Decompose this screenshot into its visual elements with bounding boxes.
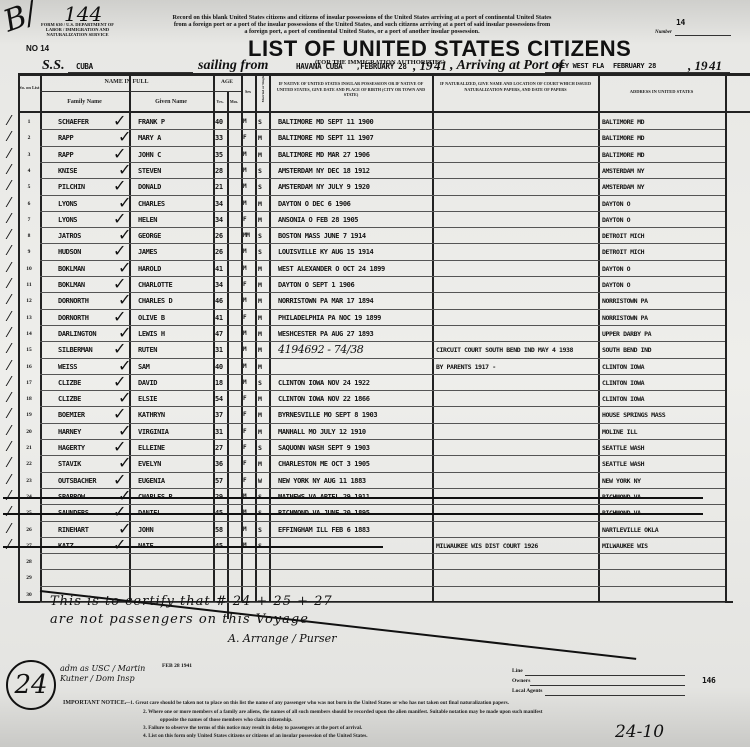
given-name: JAMES [138, 248, 157, 256]
family-name: KNISE [58, 167, 77, 175]
family-name: SILBERMAN [58, 346, 92, 354]
birth-place-date: DAYTON O DEC 6 1906 [278, 200, 350, 208]
age-years: 21 [215, 183, 223, 191]
age-years: 34 [215, 200, 223, 208]
birth-place-date: BALTIMORE MD MAR 27 1906 [278, 151, 370, 159]
family-name: RINEHART [58, 526, 89, 534]
age-years: 26 [215, 248, 223, 256]
sex: M [243, 379, 246, 386]
header-mos: Mos. [227, 99, 241, 104]
from-port: HAVANA CUBA [296, 62, 342, 71]
row-rule [40, 243, 725, 244]
stamp-date: FEB 28 1941 [162, 663, 192, 669]
us-address: MOLINE ILL [602, 428, 637, 436]
row-rule [40, 276, 725, 277]
given-name: KATHRYN [138, 411, 165, 419]
sex: M [243, 526, 246, 533]
header-sex: Sex [241, 89, 255, 94]
margin-tick-icon: ⁄ [8, 473, 10, 488]
row-rule [40, 358, 725, 359]
us-address: UPPER DARBY PA [602, 330, 651, 338]
line-underline [525, 675, 685, 676]
marital-status: M [258, 346, 262, 354]
row-rule [40, 504, 725, 505]
sex: F [243, 281, 246, 288]
strike-line [3, 546, 383, 548]
name-header-divider [40, 91, 213, 92]
row-rule [40, 227, 725, 228]
row-rule [40, 406, 725, 407]
family-name: BOKLMAN [58, 265, 85, 273]
row-rule [40, 195, 725, 196]
us-address: DAYTON O [602, 281, 630, 289]
margin-tick-icon: ⁄ [8, 342, 10, 357]
margin-tick-icon: ⁄ [8, 196, 10, 211]
line-number: 5 [20, 184, 38, 190]
passenger-table: No. on List NAME IN FULL Family Name Giv… [18, 73, 750, 671]
strike-line [3, 497, 703, 499]
naturalization: CIRCUIT COURT SOUTH BEND IND MAY 4 1938 [436, 346, 573, 354]
bottom-right-note: 24-10 [615, 722, 664, 742]
family-name: PILCHIN [58, 183, 85, 191]
us-address: CLINTON IOWA [602, 363, 644, 371]
age-years: 40 [215, 363, 223, 371]
given-name: ELSIE [138, 395, 157, 403]
given-name: OLIVE B [138, 314, 165, 322]
us-address: SOUTH BEND IND [602, 346, 651, 354]
row-rule [40, 488, 725, 489]
header-naturalized: IF NATURALIZED, GIVE NAME AND LOCATION O… [438, 81, 593, 92]
arrival-port: KEY WEST FLA [557, 62, 604, 70]
number-underline [675, 35, 731, 36]
given-name: JOHN [138, 526, 153, 534]
margin-tick-icon: ⁄ [8, 261, 10, 276]
us-address: MILWAUKEE WIS [602, 542, 648, 550]
margin-tick-icon: ⁄ [8, 456, 10, 471]
number-value: 14 [676, 18, 685, 27]
age-years: 26 [215, 232, 223, 240]
age-years: 34 [215, 216, 223, 224]
owners-label: Owners [512, 678, 530, 684]
header-family-name: Family Name [40, 99, 129, 105]
line-number: 4 [20, 168, 38, 174]
age-years: 18 [215, 379, 223, 387]
us-address: DAYTON O [602, 216, 630, 224]
notice-2: 2. Where one or more members of a family… [143, 708, 542, 716]
row-rule [40, 178, 725, 179]
sex: M [243, 167, 246, 174]
line-number: 2 [20, 135, 38, 141]
line-number: 6 [20, 201, 38, 207]
us-address: DETROIT MICH [602, 232, 644, 240]
margin-tick-icon: ⁄ [8, 391, 10, 406]
sex: M [243, 346, 246, 353]
header-married-single: Married or Single [261, 72, 265, 106]
margin-tick-icon: ⁄ [8, 440, 10, 455]
col-divider [432, 73, 434, 601]
birth-place-date: PHILADELPHIA PA NOC 19 1899 [278, 314, 381, 322]
notice-3: 3. Failure to observe the terms of this … [143, 724, 362, 732]
number-label: Number [655, 30, 672, 35]
row-rule [40, 146, 725, 147]
notice-title: IMPORTANT NOTICE. [63, 699, 126, 707]
given-name: EVELYN [138, 460, 161, 468]
circled-number: 24 [6, 660, 56, 710]
line-number: 20 [20, 429, 38, 435]
table-top-border [18, 73, 750, 76]
birth-place-date: AMSTERDAM NY JULY 9 1920 [278, 183, 370, 191]
us-address: NARTLEVILLE OKLA [602, 526, 658, 534]
us-address: AMSTERDAM NY [602, 183, 644, 191]
birth-place-date: 4194692 - 74/38 [278, 343, 363, 356]
naturalization: MILWAUKEE WIS DIST COURT 1926 [436, 542, 538, 550]
age-years: 31 [215, 346, 223, 354]
row-rule [40, 325, 725, 326]
birth-place-date: CLINTON IOWA NOV 24 1922 [278, 379, 370, 387]
given-name: CHARLOTTE [138, 281, 172, 289]
given-name: VIRGINIA [138, 428, 169, 436]
sail-year-prefix: , 19 [413, 58, 433, 74]
marital-status: M [258, 411, 262, 419]
age-years: 54 [215, 395, 223, 403]
birth-place-date: DAYTON O SEPT 1 1906 [278, 281, 354, 289]
age-years: 35 [215, 151, 223, 159]
family-name: LYONS [58, 216, 77, 224]
marital-status: M [258, 151, 262, 159]
birth-place-date: ANSONIA O FEB 28 1905 [278, 216, 358, 224]
marital-status: M [258, 460, 262, 468]
sex: M [243, 248, 246, 255]
certify-line-2: are not passengers on this Voyage [50, 612, 309, 627]
family-name: DARLINGTON [58, 330, 96, 338]
sex: F [243, 411, 246, 418]
family-name: BOKLMAN [58, 281, 85, 289]
sex: F [243, 477, 246, 484]
age-years: 36 [215, 460, 223, 468]
us-address: BALTIMORE MD [602, 151, 644, 159]
marital-status: M [258, 216, 262, 224]
sex: M [243, 151, 246, 158]
family-name: HARNEY [58, 428, 81, 436]
age-years: 28 [215, 167, 223, 175]
notice-2b: opposite the names of those members who … [160, 716, 292, 724]
header-birth: IF NATIVE OF UNITED STATES INSULAR POSSE… [272, 81, 430, 98]
given-name: LEWIS H [138, 330, 165, 338]
header-address: ADDRESS IN UNITED STATES [598, 89, 725, 94]
sex: M [243, 363, 246, 370]
given-name: MARY A [138, 134, 161, 142]
row-rule [40, 211, 725, 212]
marital-status: S [258, 248, 262, 256]
birth-place-date: BYRNESVILLE MO SEPT 8 1903 [278, 411, 377, 419]
header-no-on-list: No. on List [18, 85, 40, 90]
sex: F [243, 314, 246, 321]
line-number: 10 [20, 266, 38, 272]
given-name: GEORGE [138, 232, 161, 240]
birth-place-date: LOUISVILLE KY AUG 15 1914 [278, 248, 373, 256]
given-name: CHARLES [138, 200, 165, 208]
birth-place-date: BALTIMORE MD SEPT 11 1900 [278, 118, 373, 126]
given-name: RUTEN [138, 346, 157, 354]
marital-status: S [258, 232, 262, 240]
sail-date: ,FEBRUARY 28 [356, 62, 407, 71]
ship-name: CUBA [76, 62, 93, 71]
margin-tick-icon: ⁄ [8, 310, 10, 325]
margin-tick-icon: ⁄ [8, 359, 10, 374]
header-given-name: Given Name [129, 99, 213, 105]
marital-status: M [258, 395, 262, 403]
row-rule [40, 374, 725, 375]
family-name: RAPP [58, 134, 73, 142]
header-name-in-full: NAME IN FULL [40, 79, 213, 85]
row-rule [40, 586, 725, 587]
agents-underline [545, 695, 685, 696]
col-divider [255, 73, 257, 601]
us-address: BALTIMORE MD [602, 134, 644, 142]
intro-text: Record on this blank United States citiz… [172, 14, 552, 35]
line-number: 3 [20, 152, 38, 158]
given-name: ELLEINE [138, 444, 165, 452]
line-number: 22 [20, 461, 38, 467]
marital-status: S [258, 183, 262, 191]
margin-tick-icon: ⁄ [8, 130, 10, 145]
age-years: 31 [215, 428, 223, 436]
owners-underline [530, 685, 685, 686]
line-number: 23 [20, 478, 38, 484]
marital-status: M [258, 281, 262, 289]
given-name: FRANK P [138, 118, 165, 126]
margin-tick-icon: ⁄ [8, 277, 10, 292]
margin-tick-icon: ⁄ [8, 326, 10, 341]
row-rule [40, 341, 725, 342]
us-address: SEATTLE WASH [602, 460, 644, 468]
sex: M [243, 183, 246, 190]
us-address: NORRISTOWN PA [602, 314, 648, 322]
row-rule [40, 472, 725, 473]
birth-place-date: BOSTON MASS JUNE 7 1914 [278, 232, 366, 240]
margin-tick-icon: ⁄ [8, 163, 10, 178]
circled-number-text: 24 [14, 670, 47, 700]
notice-4: 4. List on this form only United States … [143, 732, 368, 740]
marital-status: S [258, 379, 262, 387]
given-name: JOHN C [138, 151, 161, 159]
given-name: SAM [138, 363, 149, 371]
family-name: SCHAEFER [58, 118, 89, 126]
local-agents-label: Local Agents [512, 688, 542, 694]
us-address: SEATTLE WASH [602, 444, 644, 452]
sex: F [243, 460, 246, 467]
marital-status: M [258, 330, 262, 338]
arrival-date: FEBRUARY 28 [613, 62, 656, 70]
line-number: 9 [20, 249, 38, 255]
margin-tick-icon: ⁄ [8, 375, 10, 390]
age-years: 41 [215, 265, 223, 273]
marital-status: W [258, 477, 262, 485]
family-name: HAGERTY [58, 444, 85, 452]
col-divider [227, 91, 229, 619]
list-no: NO 14 [26, 44, 49, 53]
line-number: 11 [20, 282, 38, 288]
strike-line [3, 513, 703, 515]
signature: A. Arrange / Purser [228, 632, 336, 645]
birth-place-date: WESHCESTER PA AUG 27 1893 [278, 330, 373, 338]
marital-status: S [258, 118, 262, 126]
family-name: LYONS [58, 200, 77, 208]
ss-label: S.S. [42, 58, 65, 74]
birth-place-date: MANHALL MO JULY 12 1910 [278, 428, 366, 436]
age-years: 34 [215, 281, 223, 289]
sex: F [243, 216, 246, 223]
row-rule [40, 439, 725, 440]
notice-1: —1. Great care should be taken not to pl… [125, 699, 509, 707]
header-age: AGE [213, 79, 241, 85]
marital-status: M [258, 297, 262, 305]
us-address: DAYTON O [602, 200, 630, 208]
birth-place-date: NEW YORK NY AUG 11 1883 [278, 477, 366, 485]
given-name: HAROLD [138, 265, 161, 273]
col-divider [269, 73, 271, 601]
marital-status: M [258, 200, 262, 208]
col-divider [40, 73, 42, 601]
sail-year: 41 [434, 58, 447, 74]
us-address: NEW YORK NY [602, 477, 641, 485]
margin-tick-icon: ⁄ [8, 228, 10, 243]
row-rule [40, 390, 725, 391]
age-years: 37 [215, 411, 223, 419]
margin-tick-icon: ⁄ [8, 293, 10, 308]
row-rule [40, 537, 725, 538]
row-rule [40, 292, 725, 293]
row-rule [40, 162, 725, 163]
margin-tick-icon: ⁄ [8, 424, 10, 439]
row-rule [40, 309, 725, 310]
family-name: OUTSBACHER [58, 477, 96, 485]
family-name: BOEMIER [58, 411, 85, 419]
age-years: 47 [215, 330, 223, 338]
us-address: DAYTON O [602, 265, 630, 273]
age-years: 40 [215, 118, 223, 126]
given-name: STEVEN [138, 167, 161, 175]
line-number: 12 [20, 298, 38, 304]
us-address: CLINTON IOWA [602, 395, 644, 403]
us-address: DETROIT MICH [602, 248, 644, 256]
line-number: 28 [20, 559, 38, 565]
family-name: DORNORTH [58, 314, 89, 322]
age-years: 46 [215, 297, 223, 305]
sex: M [243, 265, 246, 272]
line-number: 18 [20, 396, 38, 402]
marital-status: M [258, 134, 262, 142]
birth-place-date: SAQUONN WASH SEPT 9 1903 [278, 444, 370, 452]
row-rule [40, 569, 725, 570]
family-name: JATROS [58, 232, 81, 240]
row-rule [40, 260, 725, 261]
us-address: HOUSE SPRINGS MASS [602, 411, 665, 419]
age-years: 41 [215, 314, 223, 322]
birth-place-date: BALTIMORE MD SEPT 11 1907 [278, 134, 373, 142]
family-name: CLIZBE [58, 379, 81, 387]
line-label: Line [512, 668, 523, 674]
margin-scribble: B/ [0, 0, 41, 39]
margin-tick-icon: ⁄ [8, 147, 10, 162]
line-number: 13 [20, 315, 38, 321]
marital-status: S [258, 526, 262, 534]
row-rule [40, 553, 725, 554]
col-divider [725, 73, 727, 601]
line-number: 15 [20, 347, 38, 353]
sex: F [243, 134, 246, 141]
birth-place-date: CLINTON IOWA NOV 22 1866 [278, 395, 370, 403]
row-rule [40, 455, 725, 456]
marital-status: M [258, 314, 262, 322]
sex: F [243, 428, 246, 435]
age-header-divider [213, 91, 241, 92]
handwritten-notes: adm as USC / Martin Kutner / Dom Insp [60, 664, 170, 684]
line-number: 29 [20, 575, 38, 581]
marital-status: S [258, 167, 262, 175]
marital-status: M [258, 363, 262, 371]
birth-place-date: EFFINGHAM ILL FEB 6 1883 [278, 526, 370, 534]
sex: F [243, 395, 246, 402]
line-number: 30 [20, 592, 38, 598]
page-number: 146 [702, 676, 716, 685]
family-name: WEISS [58, 363, 77, 371]
family-name: CLIZBE [58, 395, 81, 403]
row-rule [40, 521, 725, 522]
header-separator [18, 111, 750, 113]
row-rule [40, 129, 725, 130]
line-number: 17 [20, 380, 38, 386]
us-address: CLINTON IOWA [602, 379, 644, 387]
col-divider [598, 73, 600, 601]
row-rule [40, 423, 725, 424]
marital-status: M [258, 428, 262, 436]
margin-tick-icon: ⁄ [8, 114, 10, 129]
manifest-page: 144 B/ FORM 630 / U.S. DEPARTMENT OF LAB… [0, 0, 750, 747]
sailing-from-label: sailing from [198, 58, 268, 74]
age-years: 33 [215, 134, 223, 142]
sex: M [243, 330, 246, 337]
naturalization: BY PARENTS 1917 - [436, 363, 496, 371]
birth-place-date: WEST ALEXANDER O OCT 24 1899 [278, 265, 385, 273]
sex: M [243, 200, 246, 207]
sex: F [243, 444, 246, 451]
age-years: 57 [215, 477, 223, 485]
given-name: DONALD [138, 183, 161, 191]
age-years: 27 [215, 444, 223, 452]
given-name: DAVID [138, 379, 157, 387]
margin-tick-icon: ⁄ [8, 212, 10, 227]
sex: M [243, 118, 246, 125]
margin-tick-icon: ⁄ [8, 522, 10, 537]
header-yrs: Yrs. [213, 99, 227, 104]
birth-place-date: CHARLESTON ME OCT 3 1905 [278, 460, 370, 468]
line-number: 14 [20, 331, 38, 337]
margin-tick-icon: ⁄ [8, 179, 10, 194]
margin-tick-icon: ⁄ [8, 244, 10, 259]
line-number: 7 [20, 217, 38, 223]
age-years: 58 [215, 526, 223, 534]
sex: MM [243, 232, 249, 239]
department-block: FORM 630 / U.S. DEPARTMENT OF LABOR / IM… [40, 22, 115, 37]
marital-status: M [258, 265, 262, 273]
given-name: HELEN [138, 216, 157, 224]
margin-tick-icon: ⁄ [8, 407, 10, 422]
birth-place-date: NORRISTOWN PA MAR 17 1894 [278, 297, 373, 305]
line-number: 19 [20, 412, 38, 418]
birth-place-date: AMSTERDAM NY DEC 18 1912 [278, 167, 370, 175]
us-address: NORRISTOWN PA [602, 297, 648, 305]
